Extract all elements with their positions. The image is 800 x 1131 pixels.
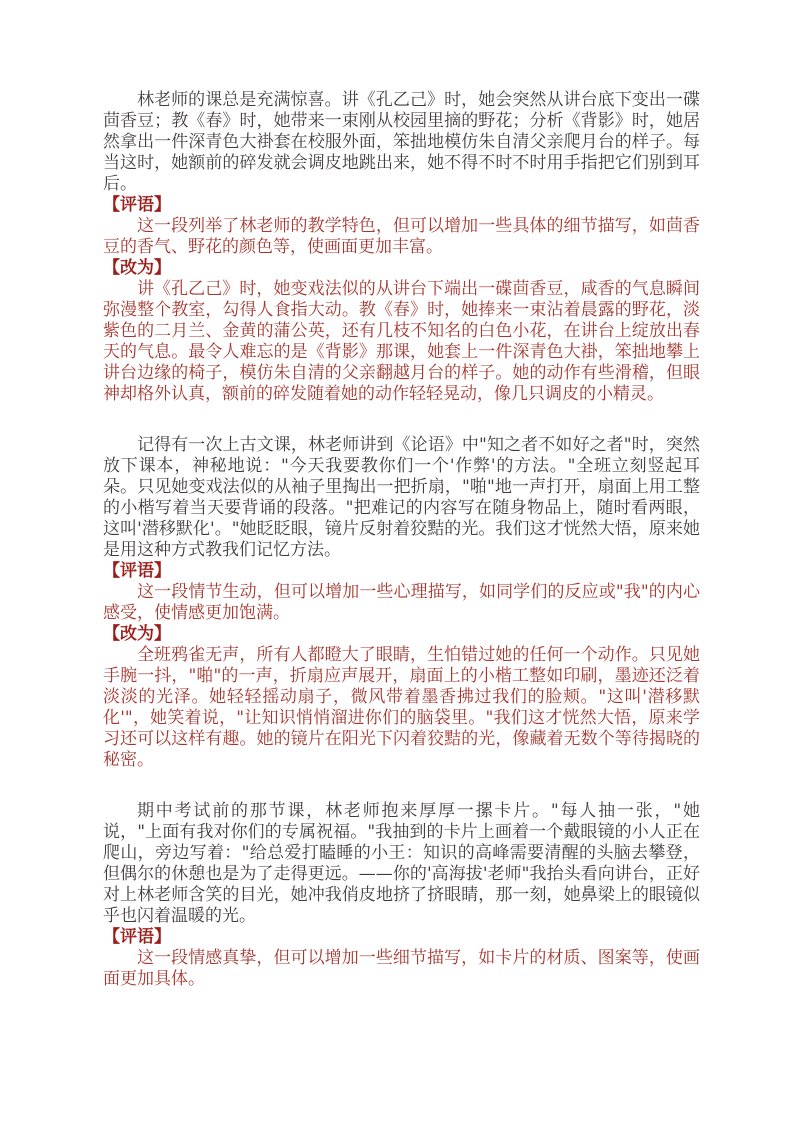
annotation-label: 【改为】: [103, 624, 700, 645]
annotation-label: 【评语】: [103, 927, 700, 948]
essay-paragraph: 期中考试前的那节课，林老师抱来厚厚一摞卡片。"每人抽一张，"她说，"上面有我对你…: [103, 801, 700, 927]
rewrite-paragraph: 全班鸦雀无声，所有人都瞪大了眼睛，生怕错过她的任何一个动作。只见她手腕一抖，"啪…: [103, 645, 700, 771]
comment-paragraph: 这一段情感真挚，但可以增加一些细节描写，如卡片的材质、图案等，使画面更加具体。: [103, 948, 700, 990]
essay-paragraph: 林老师的课总是充满惊喜。讲《孔乙己》时，她会突然从讲台底下变出一碟茴香豆；教《春…: [103, 90, 700, 195]
document-body: 林老师的课总是充满惊喜。讲《孔乙己》时，她会突然从讲台底下变出一碟茴香豆；教《春…: [103, 90, 700, 990]
annotation-label: 【改为】: [103, 258, 700, 279]
essay-paragraph: 记得有一次上古文课，林老师讲到《论语》中"知之者不如好之者"时，突然放下课本，神…: [103, 435, 700, 561]
comment-paragraph: 这一段情节生动，但可以增加一些心理描写，如同学们的反应或"我"的内心感受，使情感…: [103, 582, 700, 624]
comment-paragraph: 这一段列举了林老师的教学特色，但可以增加一些具体的细节描写，如茴香豆的香气、野花…: [103, 216, 700, 258]
rewrite-paragraph: 讲《孔乙己》时，她变戏法似的从讲台下端出一碟茴香豆，咸香的气息瞬间弥漫整个教室，…: [103, 279, 700, 405]
document-page: 林老师的课总是充满惊喜。讲《孔乙己》时，她会突然从讲台底下变出一碟茴香豆；教《春…: [0, 0, 800, 1131]
annotation-label: 【评语】: [103, 195, 700, 216]
annotation-label: 【评语】: [103, 561, 700, 582]
